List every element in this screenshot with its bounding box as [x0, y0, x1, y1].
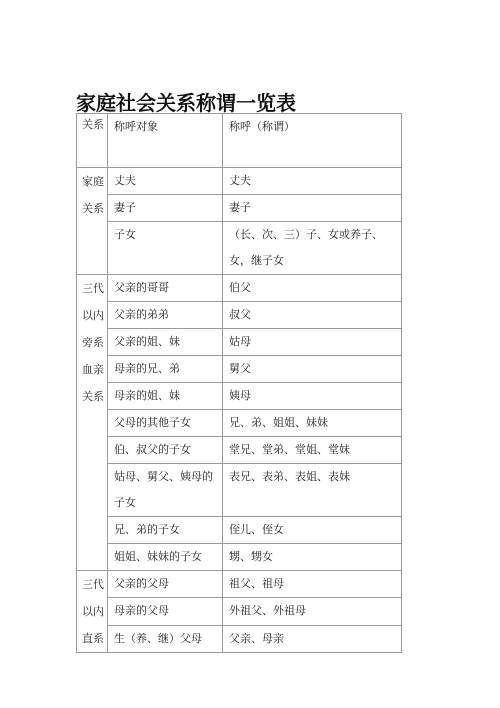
table-row: 子女 （长、次、三）子、女或养子、女，继子女: [77, 222, 402, 275]
appellation-cell: 丈夫: [223, 168, 402, 195]
category-label: 关系: [82, 195, 107, 222]
appellation-cell: 甥、甥女: [223, 544, 402, 571]
category-label: 关系: [82, 383, 107, 410]
table-row: 三代 以内 旁系 血亲 关系 父亲的哥哥 伯父: [77, 275, 402, 302]
appellation-cell: 堂兄、堂弟、堂姐、堂妹: [223, 437, 402, 464]
appellation-cell: 父亲、母亲: [223, 625, 402, 652]
category-cell: 家庭 关系: [77, 168, 108, 275]
appellation-cell: 姨母: [223, 383, 402, 410]
page-title: 家庭社会关系称谓一览表: [76, 87, 296, 116]
target-cell: 生（养、继）父母: [108, 625, 223, 652]
table-row: 兄、弟的子女 侄儿、侄女: [77, 517, 402, 544]
header-target: 称呼对象: [108, 114, 223, 168]
target-cell: 伯、叔父的子女: [108, 437, 223, 464]
category-label: 三代: [82, 571, 107, 598]
target-cell: 母亲的兄、弟: [108, 356, 223, 383]
appellation-cell: 侄儿、侄女: [223, 517, 402, 544]
appellation-cell: 表兄、表弟、表姐、表妹: [223, 464, 402, 517]
target-cell: 兄、弟的子女: [108, 517, 223, 544]
target-cell: 丈夫: [108, 168, 223, 195]
target-cell: 父亲的哥哥: [108, 275, 223, 302]
table-row: 生（养、继）父母 父亲、母亲: [77, 625, 402, 652]
target-cell: 父母的其他子女: [108, 410, 223, 437]
target-cell: 子女: [108, 222, 223, 275]
category-label: 血亲: [82, 356, 107, 383]
appellation-cell: 伯父: [223, 275, 402, 302]
table-row: 三代 以内 直系 父亲的父母 祖父、祖母: [77, 571, 402, 598]
category-cell: 三代 以内 直系: [77, 571, 108, 653]
target-cell: 妻子: [108, 195, 223, 222]
category-label: 以内: [82, 302, 107, 329]
category-label: 以内: [82, 598, 107, 625]
target-cell: 父亲的弟弟: [108, 302, 223, 329]
appellation-cell: （长、次、三）子、女或养子、女，继子女: [223, 222, 402, 275]
table-row: 妻子 妻子: [77, 195, 402, 222]
appellation-cell: 外祖父、外祖母: [223, 598, 402, 625]
header-relation: 关系: [77, 114, 108, 168]
category-label: 家庭: [82, 168, 107, 195]
relations-table: 关系 称呼对象 称呼（称谓） 家庭 关系 丈夫 丈夫 妻子 妻子 子女 （长、次…: [76, 113, 402, 653]
table-row: 姑母、舅父、姨母的子女 表兄、表弟、表姐、表妹: [77, 464, 402, 517]
table-row: 母亲的兄、弟 舅父: [77, 356, 402, 383]
target-cell: 姑母、舅父、姨母的子女: [108, 464, 223, 517]
category-cell: 三代 以内 旁系 血亲 关系: [77, 275, 108, 571]
target-cell: 姐姐、妹妹的子女: [108, 544, 223, 571]
appellation-cell: 妻子: [223, 195, 402, 222]
table-row: 伯、叔父的子女 堂兄、堂弟、堂姐、堂妹: [77, 437, 402, 464]
target-cell: 母亲的姐、妹: [108, 383, 223, 410]
table-row: 家庭 关系 丈夫 丈夫: [77, 168, 402, 195]
table-row: 母亲的姐、妹 姨母: [77, 383, 402, 410]
target-cell: 母亲的父母: [108, 598, 223, 625]
table-row: 姐姐、妹妹的子女 甥、甥女: [77, 544, 402, 571]
appellation-cell: 叔父: [223, 302, 402, 329]
table-row: 母亲的父母 外祖父、外祖母: [77, 598, 402, 625]
appellation-cell: 兄、弟、姐姐、妹妹: [223, 410, 402, 437]
category-label: 旁系: [82, 329, 107, 356]
table-row: 父亲的弟弟 叔父: [77, 302, 402, 329]
header-appellation: 称呼（称谓）: [223, 114, 402, 168]
category-label: 三代: [82, 275, 107, 302]
target-cell: 父亲的父母: [108, 571, 223, 598]
table-row: 父母的其他子女 兄、弟、姐姐、妹妹: [77, 410, 402, 437]
appellation-cell: 祖父、祖母: [223, 571, 402, 598]
category-label: 直系: [82, 625, 107, 652]
table-header-row: 关系 称呼对象 称呼（称谓）: [77, 114, 402, 168]
table-row: 父亲的姐、妹 姑母: [77, 329, 402, 356]
appellation-cell: 姑母: [223, 329, 402, 356]
appellation-cell: 舅父: [223, 356, 402, 383]
target-cell: 父亲的姐、妹: [108, 329, 223, 356]
